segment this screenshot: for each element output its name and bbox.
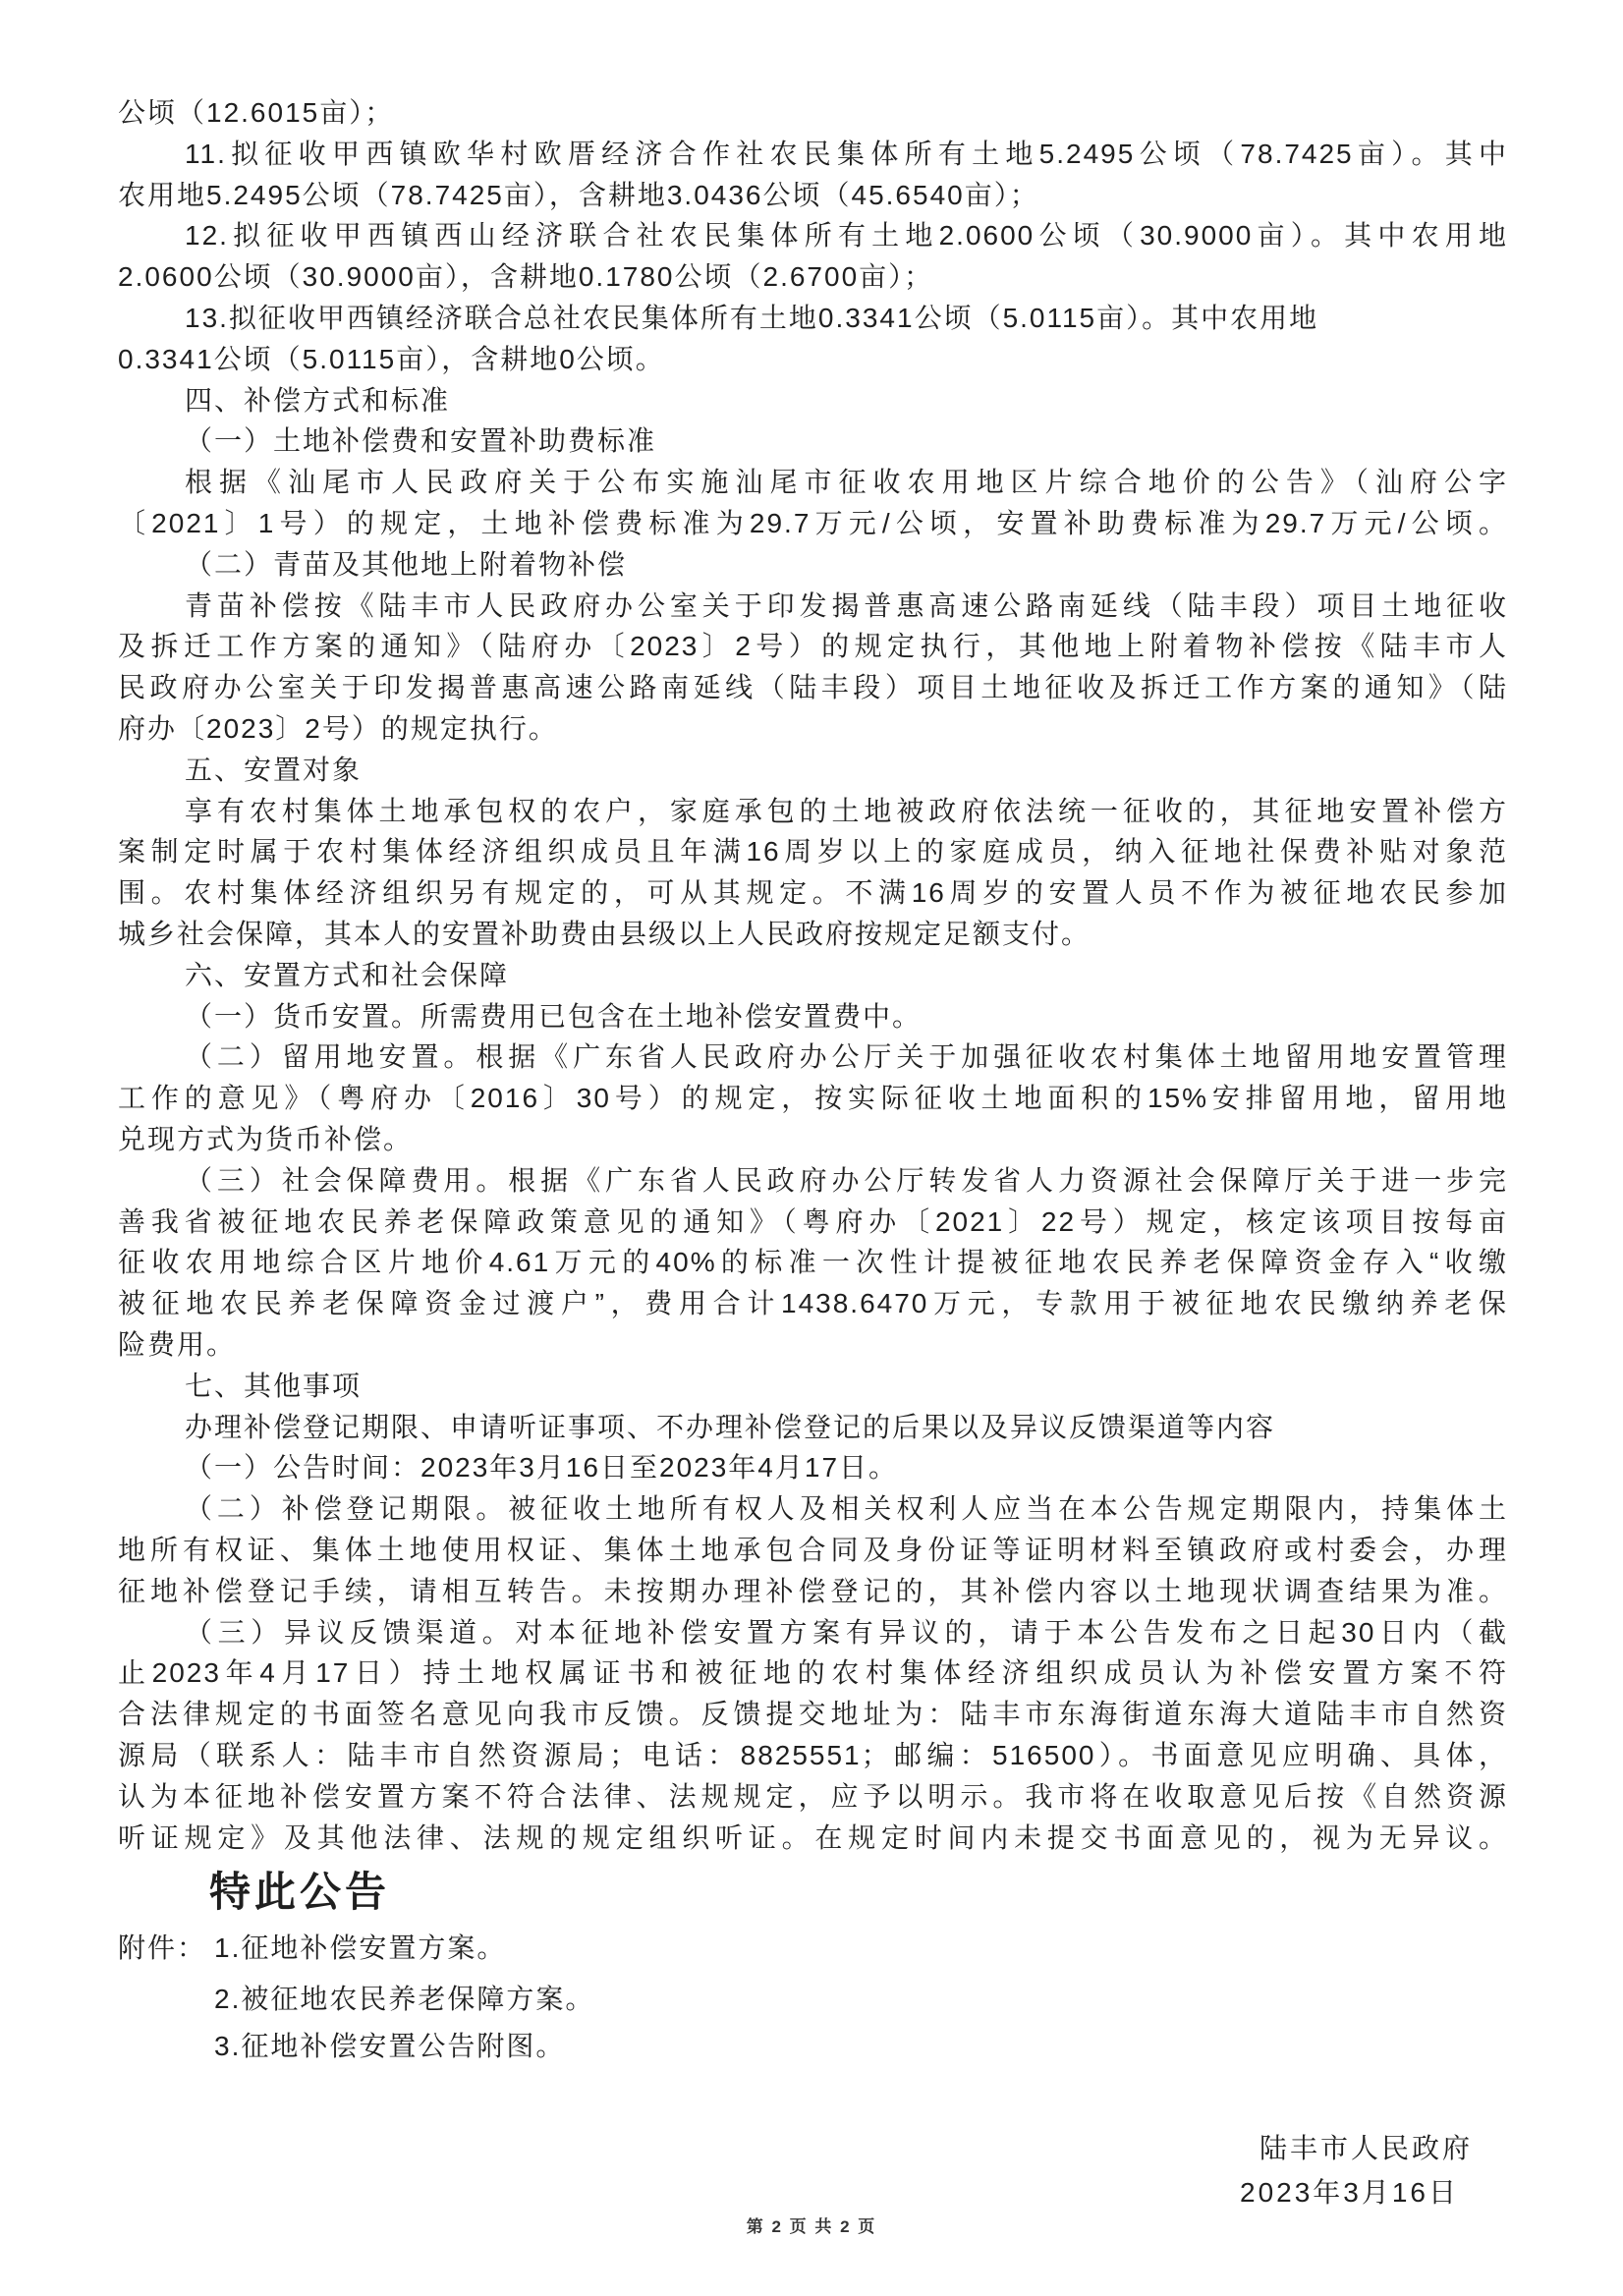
body-line: 办理补偿登记期限、申请听证事项、不办理补偿登记的后果以及异议反馈渠道等内容 (185, 1407, 1508, 1448)
signature-organization: 陆丰市人民政府 (1259, 2128, 1473, 2169)
body-line: 城乡社会保障，其本人的安置补助费由县级以上人民政府按规定足额支付。 (118, 914, 1508, 955)
body-line: 五、安置对象 (185, 750, 1508, 791)
body-line: （一）公告时间：2023年3月16日至2023年4月17日。 (185, 1447, 1508, 1488)
attachment-item-1: 1.征地补偿安置方案。 (214, 1928, 506, 1969)
body-line: （二）青苗及其他地上附着物补偿 (185, 544, 1508, 586)
body-line: （一）土地补偿费和安置补助费标准 (185, 420, 1508, 462)
page-number-footer: 第 2 页 共 2 页 (0, 2216, 1623, 2238)
closing-statement: 特此公告 (209, 1867, 390, 1918)
body-line: 七、其他事项 (185, 1366, 1508, 1407)
attachment-item-2: 2.被征地农民养老保障方案。 (214, 1979, 594, 2020)
body-line: 根据《汕尾市人民政府关于公布实施汕尾市征收农用地区片综合地价的公告》（汕府公字 (185, 462, 1508, 503)
body-line: 府办〔2023〕2号）的规定执行。 (118, 708, 1508, 750)
body-line: 0.3341公顷（5.0115亩），含耕地0公顷。 (118, 339, 1508, 380)
body-line: 13.拟征收甲西镇经济联合总社农民集体所有土地0.3341公顷（5.0115亩）… (185, 298, 1508, 339)
body-line: 善我省被征地农民养老保障政策意见的通知》（粤府办〔2021〕22号）规定，核定该… (118, 1202, 1508, 1243)
body-line: （三）社会保障费用。根据《广东省人民政府办公厅转发省人力资源社会保障厅关于进一步… (185, 1160, 1508, 1202)
body-line: 合法律规定的书面签名意见向我市反馈。反馈提交地址为：陆丰市东海街道东海大道陆丰市… (118, 1694, 1508, 1735)
body-line: 地所有权证、集体土地使用权证、集体土地承包合同及身份证等证明材料至镇政府或村委会… (118, 1530, 1508, 1571)
body-line: 止2023年4月17日）持土地权属证书和被征地的农村集体经济组织成员认为补偿安置… (118, 1652, 1508, 1694)
body-line: 围。农村集体经济组织另有规定的，可从其规定。不满16周岁的安置人员不作为被征地农… (118, 872, 1508, 914)
body-line: 11.拟征收甲西镇欧华村欧厝经济合作社农民集体所有土地5.2495公顷（78.7… (185, 134, 1508, 175)
body-line: 享有农村集体土地承包权的农户，家庭承包的土地被政府依法统一征收的，其征地安置补偿… (185, 791, 1508, 832)
body-line: 六、安置方式和社会保障 (185, 955, 1508, 996)
body-line: 民政府办公室关于印发揭普惠高速公路南延线（陆丰段）项目土地征收及拆迁工作方案的通… (118, 667, 1508, 708)
signature-date: 2023年3月16日 (1240, 2172, 1459, 2213)
body-line: 四、补偿方式和标准 (185, 380, 1508, 421)
body-line: 工作的意见》（粤府办〔2016〕30号）的规定，按实际征收土地面积的15%安排留… (118, 1078, 1508, 1119)
body-line: 〔2021〕1号）的规定，土地补偿费标准为29.7万元/公顷，安置补助费标准为2… (118, 503, 1508, 544)
body-line: 12.拟征收甲西镇西山经济联合社农民集体所有土地2.0600公顷（30.9000… (185, 215, 1508, 256)
document-page: 公顷（12.6015亩）；11.拟征收甲西镇欧华村欧厝经济合作社农民集体所有土地… (0, 0, 1623, 2296)
body-line: 兑现方式为货币补偿。 (118, 1119, 1508, 1160)
body-line: 源局（联系人：陆丰市自然资源局；电话：8825551；邮编：516500）。书面… (118, 1735, 1508, 1776)
attachment-item-3: 3.征地补偿安置公告附图。 (214, 2026, 565, 2067)
body-line: 险费用。 (118, 1324, 1508, 1366)
body-line: （二）留用地安置。根据《广东省人民政府办公厅关于加强征收农村集体土地留用地安置管… (185, 1036, 1508, 1078)
body-line: 认为本征地补偿安置方案不符合法律、法规规定，应予以明示。我市将在收取意见后按《自… (118, 1776, 1508, 1818)
body-line: （三）异议反馈渠道。对本征地补偿安置方案有异议的，请于本公告发布之日起30日内（… (185, 1612, 1508, 1653)
body-line: （二）补偿登记期限。被征收土地所有权人及相关权利人应当在本公告规定期限内，持集体… (185, 1488, 1508, 1530)
body-line: 及拆迁工作方案的通知》（陆府办〔2023〕2号）的规定执行，其他地上附着物补偿按… (118, 626, 1508, 667)
body-line: 听证规定》及其他法律、法规的规定组织听证。在规定时间内未提交书面意见的，视为无异… (118, 1818, 1508, 1859)
body-line: 案制定时属于农村集体经济组织成员且年满16周岁以上的家庭成员，纳入征地社保费补贴… (118, 831, 1508, 872)
body-line: 2.0600公顷（30.9000亩），含耕地0.1780公顷（2.6700亩）； (118, 256, 1508, 298)
body-line: 征地补偿登记手续，请相互转告。未按期办理补偿登记的，其补偿内容以土地现状调查结果… (118, 1571, 1508, 1612)
body-line: （一）货币安置。所需费用已包含在土地补偿安置费中。 (185, 996, 1508, 1037)
body-line: 青苗补偿按《陆丰市人民政府办公室关于印发揭普惠高速公路南延线（陆丰段）项目土地征… (185, 586, 1508, 627)
attachments-label: 附件： (118, 1928, 206, 1969)
body-line: 被征地农民养老保障资金过渡户”，费用合计1438.6470万元，专款用于被征地农… (118, 1283, 1508, 1324)
body-line: 征收农用地综合区片地价4.61万元的40%的标准一次性计提被征地农民养老保障资金… (118, 1242, 1508, 1283)
body-line: 公顷（12.6015亩）； (118, 92, 1508, 134)
body-line: 农用地5.2495公顷（78.7425亩），含耕地3.0436公顷（45.654… (118, 175, 1508, 216)
